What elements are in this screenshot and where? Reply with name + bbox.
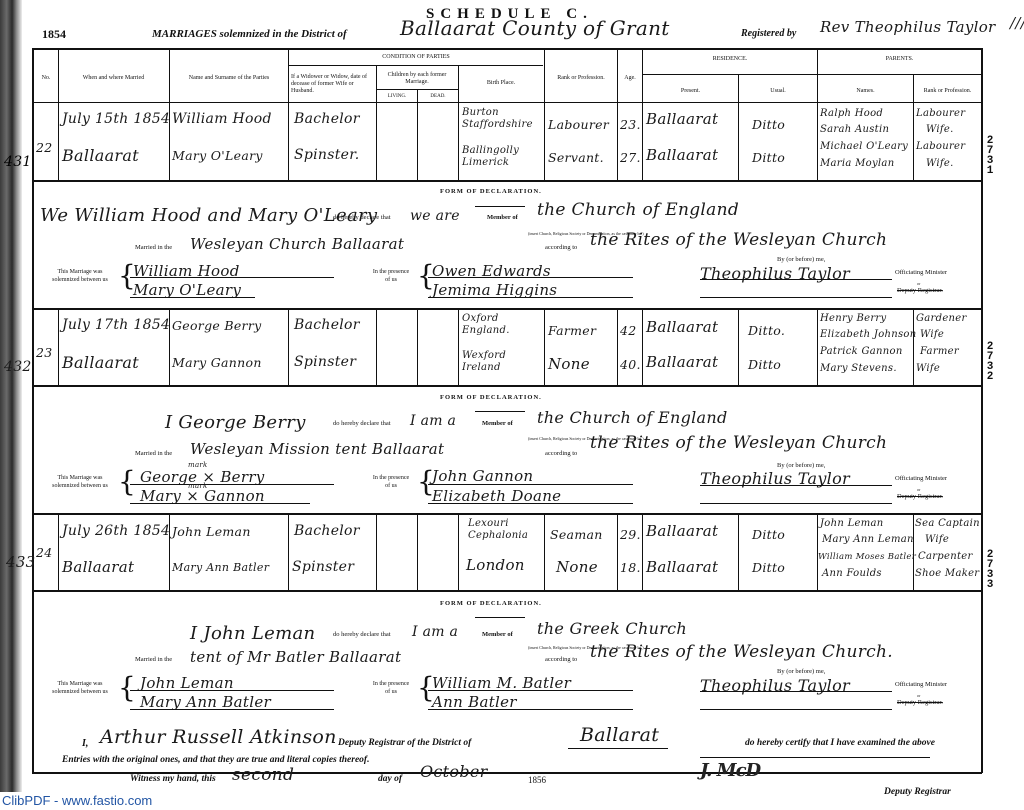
cert-statement: do hereby certify that I have examined t… [745, 738, 935, 748]
col-header-age: Age. [618, 75, 642, 82]
bride-residence-usual: Ditto [748, 357, 781, 372]
header-row-divider [32, 102, 982, 103]
bride-birthplace: Ballingolly Limerick [462, 145, 542, 169]
declare-phrase: I am a [412, 624, 458, 640]
parent-rank-3: Carpenter [918, 551, 973, 563]
ornament-rule [475, 206, 525, 207]
col-header-rank: Rank or Profession. [545, 75, 617, 82]
groom-residence-usual: Ditto [752, 527, 785, 542]
ornament-rule [475, 617, 525, 618]
col-header-usual: Usual. [739, 88, 817, 95]
parent-rank-4: Shoe Maker [915, 568, 979, 580]
cert-day: second [232, 765, 294, 785]
bride-rank: None [548, 357, 590, 372]
bride-name: Mary Ann Batler [172, 560, 269, 575]
book-binding-edge [0, 0, 22, 810]
col-header-children: Children by each former Marriage. [377, 72, 457, 86]
denomination: the Greek Church [537, 619, 687, 638]
entry-number: 22 [36, 140, 53, 155]
col-header-present: Present. [643, 88, 738, 95]
groom-age: 29. [620, 527, 641, 542]
officiating-minister-label: Officiating Minister [895, 269, 947, 276]
groom-name: William Hood [172, 112, 272, 127]
declarant: We William Hood and Mary O'Leary [40, 205, 377, 226]
registered-by-label: Registered by [741, 28, 796, 39]
groom-residence-present: Ballaarat [646, 524, 718, 539]
brace-icon: { [118, 674, 136, 702]
presence-label: In the presenceof us [365, 268, 417, 284]
corner-mark: /// [1010, 14, 1024, 32]
groom-birthplace: Burton Staffordshire [462, 107, 542, 131]
parent-rank-1: Sea Captain [915, 518, 980, 530]
col-header-parent-rank: Rank or Profession. [914, 88, 981, 95]
declare-phrase: we are [410, 208, 460, 224]
brace-icon: { [118, 468, 136, 496]
col-header-names: Name and Surname of the Parties [170, 75, 288, 82]
according-to-label: according to [545, 244, 577, 251]
presence-label: In the presenceof us [365, 474, 417, 490]
margin-ref: 431 [4, 155, 32, 170]
bride-residence-usual: Ditto [752, 560, 785, 575]
cert-year: 1856 [528, 775, 546, 785]
parent-name-4: Mary Stevens. [820, 363, 897, 375]
deputy-registrar-label: Deputy Registrar. [897, 493, 943, 500]
bride-birthplace: Wexford Ireland [462, 350, 542, 374]
declarant: I John Leman [190, 623, 315, 644]
col-divider [288, 48, 289, 102]
groom-age: 42 [620, 323, 637, 338]
groom-residence-present: Ballaarat [646, 112, 718, 127]
bride-name: Mary O'Leary [172, 148, 263, 163]
married-in-label: Married in the [135, 450, 172, 457]
married-in-label: Married in the [135, 656, 172, 663]
marriage-place: Ballaarat [62, 355, 139, 370]
col-header-birthplace: Birth Place. [459, 80, 543, 87]
bride-rank: None [556, 560, 598, 575]
parent-rank-2: Wife [920, 329, 944, 341]
registrar-signature: J. McDsignature [700, 760, 760, 781]
groom-rank: Farmer [548, 323, 596, 338]
parent-rank-1: Gardener [916, 313, 967, 325]
marriage-place: Ballaarat [62, 148, 139, 163]
ornament-rule [475, 411, 525, 412]
denomination: the Church of England [537, 200, 739, 220]
parent-name-1: Henry Berry [820, 313, 886, 325]
col-header-no: No. [34, 75, 58, 82]
cert-district: Ballarat [580, 724, 659, 746]
cert-month: October [420, 762, 488, 781]
member-of-label: Member of [487, 214, 518, 221]
denomination: the Church of England [537, 408, 728, 427]
col-divider [738, 74, 739, 102]
bride-condition: Spinster [294, 355, 356, 370]
entry-number: 24 [36, 545, 53, 560]
minister-signature: Theophilus Taylor [700, 676, 850, 695]
col-divider [544, 48, 545, 102]
col-header-condition: CONDITION OF PARTIES [289, 54, 543, 61]
bride-residence-present: Ballaarat [646, 560, 718, 575]
marriage-place: Ballaarat [62, 560, 134, 575]
children-subheader-line [377, 89, 459, 90]
groom-birthplace: Oxford England. [462, 313, 542, 337]
bride-name: Mary Gannon [172, 355, 262, 370]
rites: the Rites of the Wesleyan Church. [590, 642, 893, 662]
do-hereby-label: do hereby declare that [333, 631, 391, 638]
married-in-place: Wesleyan Church Ballaarat [190, 235, 404, 253]
cert-line-2: Entries with the original ones, and that… [62, 755, 369, 765]
groom-rank: Labourer [548, 117, 609, 132]
bride-condition: Spinster. [294, 148, 359, 163]
parent-name-3: William Moses Batler [818, 551, 916, 563]
witness-hand-label: Witness my hand, this [130, 774, 216, 784]
table-right-border [981, 48, 983, 773]
col-divider [617, 48, 618, 102]
parent-name-1: John Leman [820, 518, 884, 530]
member-of-label: Member of [482, 420, 513, 427]
parent-rank-3: Farmer [920, 346, 959, 358]
living-dead-divider [417, 89, 418, 102]
bride-birthplace: London [466, 558, 525, 573]
marriage-date: July 17th 1854 [62, 318, 170, 333]
bride-age: 40. [620, 357, 641, 372]
table-left-border [32, 48, 34, 773]
district-name: Ballaarat County of Grant [400, 16, 670, 40]
or-label: or [917, 693, 920, 698]
parent-rank-4: Wife [916, 363, 940, 375]
by-me-label: By (or before) me, [777, 462, 825, 469]
declaration-title: FORM OF DECLARATION. [440, 394, 542, 401]
condition-subheader-line [289, 65, 543, 66]
col-header-parent-names: Names. [818, 88, 913, 95]
declare-phrase: I am a [410, 413, 456, 429]
register-title: MARRIAGES solemnized in the District of [152, 28, 347, 40]
bride-residence-present: Ballaarat [646, 355, 718, 370]
parent-rank-4: Wife. [926, 158, 954, 170]
groom-residence-present: Ballaarat [646, 320, 718, 335]
minister-signature: Theophilus Taylor [700, 264, 850, 283]
bride-age: 18. [620, 560, 641, 575]
register-year: 1854 [42, 27, 66, 42]
groom-birthplace: Lexouri Cephalonia [468, 518, 542, 542]
col-header-widower: If a Widower or Widow, date of decease o… [291, 74, 375, 95]
marriage-date: July 26th 1854 [62, 524, 170, 539]
rites: the Rites of the Wesleyan Church [590, 230, 887, 250]
col-divider [376, 65, 377, 102]
groom-mark-label: mark [188, 461, 208, 469]
groom-residence-usual: Ditto. [748, 323, 785, 338]
col-header-parents: PARENTS. [818, 56, 981, 63]
col-header-living: LIVING. [377, 93, 417, 100]
solemnized-label: This Marriage wassolemnized between us [40, 680, 120, 696]
or-label: or [917, 281, 920, 286]
rites: the Rites of the Wesleyan Church [590, 433, 887, 453]
do-hereby-label: do hereby declare that [333, 214, 391, 221]
col-header-dead: DEAD. [418, 93, 458, 100]
side-number: 3 [986, 580, 994, 590]
declaration-title: FORM OF DECLARATION. [440, 600, 542, 607]
bride-rank: Servant. [548, 150, 604, 165]
groom-condition: Bachelor [294, 112, 360, 127]
parent-name-4: Maria Moylan [820, 158, 894, 170]
parent-name-1: Ralph Hood [820, 108, 883, 120]
bride-mark-label: mark [188, 482, 208, 490]
groom-name: George Berry [172, 318, 261, 333]
by-me-label: By (or before) me, [777, 256, 825, 263]
presence-label: In the presenceof us [365, 680, 417, 696]
deputy-registrar-label: Deputy Registrar. [897, 699, 943, 706]
deputy-registrar-name: Arthur Russell Atkinson [100, 726, 337, 748]
marriage-date: July 15th 1854 [62, 112, 170, 127]
bride-residence-usual: Ditto [752, 150, 785, 165]
by-me-label: By (or before) me, [777, 668, 825, 675]
col-divider [642, 48, 643, 102]
bride-age: 27. [620, 150, 641, 165]
col-header-when-where: When and where Married [58, 75, 169, 82]
groom-condition: Bachelor [294, 318, 360, 333]
col-divider [913, 74, 914, 102]
witness-1: John Gannon [432, 467, 533, 485]
or-label: or [917, 487, 920, 492]
col-divider [458, 65, 459, 102]
groom-age: 23. [620, 117, 641, 132]
cert-deputy-of: Deputy Registrar of the District of [338, 738, 471, 748]
groom-name: John Leman [172, 524, 251, 539]
declaration-title: FORM OF DECLARATION. [440, 188, 542, 195]
declarant: I George Berry [165, 412, 306, 433]
bride-condition: Spinster [292, 560, 354, 575]
margin-ref: 432 [4, 360, 32, 375]
day-of-label: day of [378, 774, 402, 784]
col-divider [58, 48, 59, 102]
according-to-label: according to [545, 450, 577, 457]
bride-residence-present: Ballaarat [646, 148, 718, 163]
solemnized-label: This Marriage wassolemnized between us [40, 474, 120, 490]
do-hereby-label: do hereby declare that [333, 420, 391, 427]
parent-name-2: Mary Ann Leman [822, 534, 914, 546]
member-of-label: Member of [482, 631, 513, 638]
col-header-residence: RESIDENCE. [643, 56, 817, 63]
entry-number: 23 [36, 345, 53, 360]
parent-rank-1: Labourer [916, 108, 965, 120]
side-number: 2 [986, 372, 994, 382]
table-top-border [32, 48, 982, 50]
col-divider [169, 48, 170, 102]
married-in-label: Married in the [135, 244, 172, 251]
signature-title: Deputy Registrar [884, 787, 951, 797]
parent-rank-2: Wife [925, 534, 949, 546]
officiating-minister-label: Officiating Minister [895, 475, 947, 482]
officiating-minister-label: Officiating Minister [895, 681, 947, 688]
married-in-place: tent of Mr Batler Ballaarat [190, 648, 401, 666]
groom-rank: Seaman [550, 527, 603, 542]
side-number: 1 [986, 166, 994, 176]
deputy-registrar-label: Deputy Registrar. [897, 287, 943, 294]
registered-by-name: Rev Theophilus Taylor [820, 18, 996, 36]
parent-name-3: Patrick Gannon [820, 346, 903, 358]
margin-ref: 433 [6, 555, 36, 570]
col-divider [817, 48, 818, 102]
parent-name-3: Michael O'Leary [820, 141, 908, 153]
solemnized-label: This Marriage wassolemnized between us [40, 268, 120, 284]
parent-name-4: Ann Foulds [822, 568, 882, 580]
groom-condition: Bachelor [294, 524, 360, 539]
parent-rank-2: Wife. [926, 124, 954, 136]
cert-prefix: I, [82, 738, 88, 749]
residence-parents-subheader-line [643, 74, 982, 75]
parent-rank-3: Labourer [916, 141, 965, 153]
married-in-place: Wesleyan Mission tent Ballaarat [190, 440, 444, 458]
groom-residence-usual: Ditto [752, 117, 785, 132]
parent-name-2: Sarah Austin [820, 124, 889, 136]
watermark: ClibPDF - www.fastio.com [0, 792, 156, 810]
parent-name-2: Elizabeth Johnson [820, 329, 917, 341]
according-to-label: according to [545, 656, 577, 663]
